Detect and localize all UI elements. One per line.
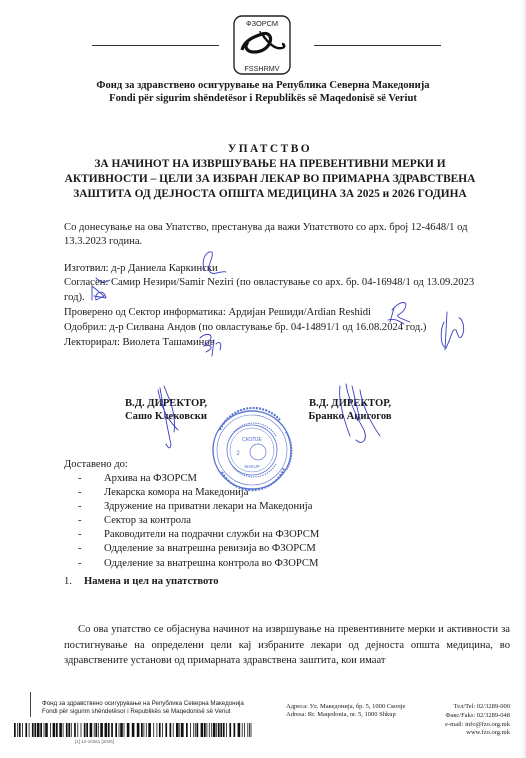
org-name-sq: Fondi për sigurim shëndetësor i Republik…: [0, 93, 526, 104]
svg-text:ФЗОРСМ: ФЗОРСМ: [246, 19, 278, 28]
footer-rule: [30, 692, 31, 717]
distribution-item: -Лекарска комора на Македонија: [78, 486, 319, 500]
section-title: Намена и цел на упатството: [84, 576, 219, 587]
signatory-name: Сашо Клековски: [110, 410, 222, 423]
section-paragraph: Со ова упатство се објаснува начинот на …: [64, 622, 510, 669]
document-subtitle-line: ЗАШТИТА ОД ДЕЈНОСТА ОПШТА МЕДИЦИНА ЗА 20…: [40, 187, 500, 202]
distribution-item: -Одделение за внатрешна контрола во ФЗОР…: [78, 557, 319, 571]
signatory-title: В.Д. ДИРЕКТОР,: [294, 397, 406, 410]
distribution-list: -Архива на ФЗОРСМ -Лекарска комора на Ма…: [78, 472, 319, 571]
agreed-by-cont: год).: [64, 291, 85, 305]
footer-contact: Тел/Tel: 02/3289-000 Факс/Faks: 02/3289-…: [445, 703, 510, 738]
document-page: ФЗОРСМ FSSHRMV Фонд за здравствено осигу…: [0, 0, 526, 758]
intro-text: Со донесување на ова Упатство, престанув…: [64, 221, 467, 235]
header-rule-right: [314, 45, 441, 46]
distribution-item: -Сектор за контрола: [78, 514, 319, 528]
header-rule-left: [92, 45, 219, 46]
document-title: УПАТСТВО: [40, 142, 500, 157]
signatory-name: Бранко Аџигогов: [294, 410, 406, 423]
distribution-item: -Здружение на приватни лекари на Македон…: [78, 500, 319, 514]
org-name-mk: Фонд за здравствено осигурување на Репуб…: [0, 80, 526, 91]
footer-address: Адреса: Ул. Македонија, бр. 5, 1000 Скоп…: [286, 703, 405, 720]
footer-email[interactable]: e-mail: info@fzo.org.mk: [445, 721, 510, 730]
document-subtitle-line: АКТИВНОСТИ – ЦЕЛИ ЗА ИЗБРАН ЛЕКАР ВО ПРИ…: [40, 172, 500, 187]
footer-fax: Факс/Faks: 02/3289-048: [445, 712, 510, 721]
distribution-label: Доставено до:: [64, 459, 128, 470]
barcode-icon: [14, 723, 252, 737]
signatory-left: В.Д. ДИРЕКТОР, Сашо Клековски: [110, 397, 222, 423]
footer-org: Фонд за здравствено осигурување на Репуб…: [42, 700, 244, 716]
distribution-item: -Одделение за внатрешна ревизија во ФЗОР…: [78, 542, 319, 556]
approved-by: Одобрил: д-р Силвана Андов (по овластува…: [64, 321, 426, 335]
distribution-item: -Архива на ФЗОРСМ: [78, 472, 319, 486]
signature-icon: [441, 312, 463, 350]
svg-text:FSSHRMV: FSSHRMV: [244, 64, 279, 73]
fund-logo-icon: ФЗОРСМ FSSHRMV: [232, 14, 292, 76]
svg-text:2: 2: [236, 451, 240, 457]
prepared-by: Изготвил: д-р Даниела Каркински: [64, 262, 218, 276]
section-heading: 1.Намена и цел на упатството: [64, 576, 219, 587]
intro-text: 13.3.2023 година.: [64, 235, 142, 249]
footer-tel: Тел/Tel: 02/3289-000: [445, 703, 510, 712]
section-number: 1.: [64, 576, 84, 587]
document-subtitle-line: ЗА НАЧИНОТ НА ИЗВРШУВАЊЕ НА ПРЕВЕНТИВНИ …: [40, 157, 500, 172]
barcode-number: [1] 12-10461 [2026]: [75, 739, 114, 744]
distribution-item: -Раководители на подрачни служби на ФЗОР…: [78, 528, 319, 542]
footer-web[interactable]: www.fzo.org.mk: [445, 729, 510, 738]
checked-by: Проверено од Сектор информатика: Ардијан…: [64, 306, 371, 320]
signatory-right: В.Д. ДИРЕКТОР, Бранко Аџигогов: [294, 397, 406, 423]
agreed-by: Согласен: Самир Незири/Samir Neziri (по …: [64, 276, 474, 290]
proofread-by: Лекторирал: Виолета Ташаминов: [64, 336, 215, 350]
svg-text:СКОПЈЕ: СКОПЈЕ: [242, 437, 262, 443]
svg-text:SHKUP: SHKUP: [244, 464, 260, 469]
signatory-title: В.Д. ДИРЕКТОР,: [110, 397, 222, 410]
